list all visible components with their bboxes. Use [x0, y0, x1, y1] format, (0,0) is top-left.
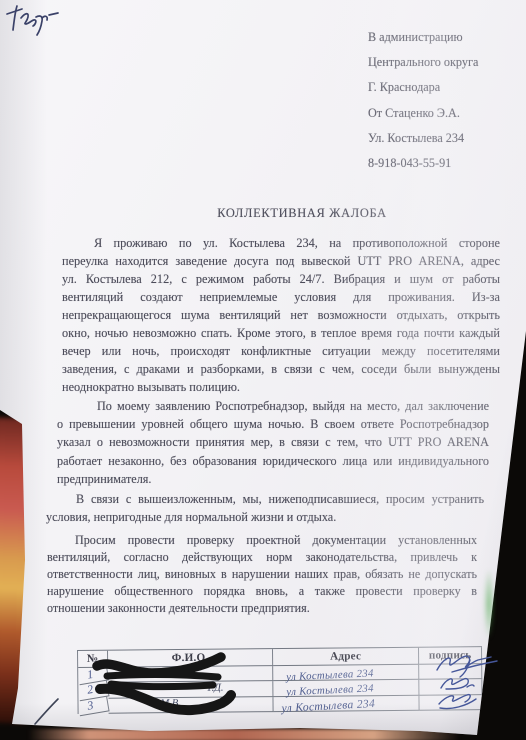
- text-line: От Стаценко Э.А.: [368, 106, 523, 131]
- text-line: переулка находится заведение досуга под …: [62, 254, 500, 272]
- text-line: непрекращающегося шума вентиляций нет во…: [62, 308, 500, 326]
- text-line: ул. Костылева 212, с режимом работы 24/7…: [62, 272, 500, 290]
- document-photo: В администрациюЦентрального округаГ. Кра…: [0, 0, 526, 740]
- signature-cell: [419, 664, 482, 680]
- text-line: вентиляций, согласно действующих норм за…: [47, 550, 477, 567]
- column-header-address: Адрес: [273, 648, 419, 666]
- paragraph-1: Я проживаю по ул. Костылева 234, на прот…: [62, 236, 500, 398]
- text-line: указал о невозможности принятия мер, в с…: [57, 435, 489, 453]
- text-line: вентиляций создают неприемлемые условия …: [62, 290, 500, 308]
- text-line: вечер или ночь, происходят конфликтные с…: [62, 344, 500, 362]
- text-line: Я проживаю по ул. Костылева 234, на прот…: [62, 236, 500, 254]
- document-title: КОЛЛЕКТИВНАЯ ЖАЛОБА: [62, 206, 500, 221]
- signature-cell: [419, 679, 482, 696]
- text-line: ответственности лиц, виновных в нарушени…: [47, 567, 477, 584]
- name-cell-redacted: [108, 666, 273, 683]
- address-cell: ул Костылева 234: [273, 665, 419, 681]
- recipient-block: В администрациюЦентрального округаГ. Кра…: [368, 30, 523, 181]
- paragraph-4: Просим провести проверку проектной докум…: [47, 533, 477, 618]
- text-line: о превышении уровней общего шума ночью. …: [57, 417, 489, 435]
- green-reflection: [484, 570, 494, 638]
- paragraph-3: В связи с вышеизложенным, мы, нижеподпис…: [46, 492, 484, 527]
- text-line: Просим провести проверку проектной докум…: [47, 533, 477, 550]
- complaint-paper: В администрациюЦентрального округаГ. Кра…: [0, 0, 526, 740]
- name-cell-redacted: М.В: [108, 697, 273, 714]
- name-cell-redacted: Т.Д.: [108, 681, 273, 699]
- text-line: нарушение общественного порядка вновь, а…: [47, 584, 477, 601]
- text-line: условия, непригодные для нормальной жизн…: [46, 510, 484, 528]
- text-line: отношении законности деятельности предпр…: [47, 601, 477, 618]
- text-line: Ул. Костылева 234: [368, 131, 523, 156]
- text-line: заведения, с драками и разборками, в свя…: [62, 362, 500, 380]
- text-line: В администрацию: [368, 30, 523, 55]
- paragraph-2: По моему заявлению Роспотребнадзор, выйд…: [57, 399, 489, 490]
- text-line: Г. Краснодара: [368, 80, 523, 105]
- text-line: В связи с вышеизложенным, мы, нижеподпис…: [46, 492, 484, 510]
- blurred-object-bottom: [28, 729, 460, 740]
- text-line: Центрального округа: [368, 55, 523, 80]
- text-line: работает незаконно, без образования юрид…: [57, 454, 489, 472]
- address-cell: ул Костылева 234: [273, 696, 419, 712]
- text-line: 8-918-043-55-91: [368, 156, 523, 181]
- address-cell: ул Костылева 234: [273, 680, 419, 697]
- column-header-signature: подпись: [419, 647, 482, 665]
- text-line: неоднократно вызывать полицию.: [62, 380, 500, 398]
- signatures-table: № Ф.И.О. Адрес подпись 1 ул Костылева 23…: [77, 646, 483, 714]
- column-header-name: Ф.И.О.: [108, 649, 273, 668]
- text-line: окно, ночью невозможно спать. Кроме этог…: [62, 326, 500, 344]
- text-line: По моему заявлению Роспотребнадзор, выйд…: [57, 399, 489, 417]
- text-line: предпринимателя.: [57, 472, 489, 490]
- signature-cell: [419, 695, 482, 711]
